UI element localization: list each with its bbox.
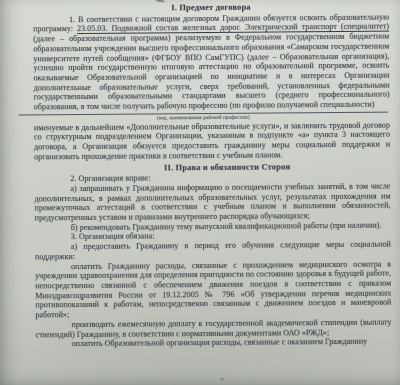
clause-1-text-after-program: (далее – образовательная программа) реал… xyxy=(33,32,390,112)
clause-1-continuation-paragraph: именуемые в дальнейшем «Дополнительные о… xyxy=(34,120,390,162)
clause-3-item-pay-education-org: оплатить Образовательной организации рас… xyxy=(36,337,392,349)
contract-text-block: І. Предмет договора 1. В соответствии с … xyxy=(33,2,392,350)
paper-speck xyxy=(219,377,225,381)
clause-3-item-medical-exam-costs: оплатить Гражданину расходы, связанные с… xyxy=(35,259,391,320)
clause-2-subparagraph-a: а) запрашивать у Гражданина информацию о… xyxy=(34,182,390,224)
clause-1-paragraph: 1. В соответствии с настоящим договором … xyxy=(33,12,390,112)
photographed-contract-page: І. Предмет договора 1. В соответствии с … xyxy=(0,0,400,385)
